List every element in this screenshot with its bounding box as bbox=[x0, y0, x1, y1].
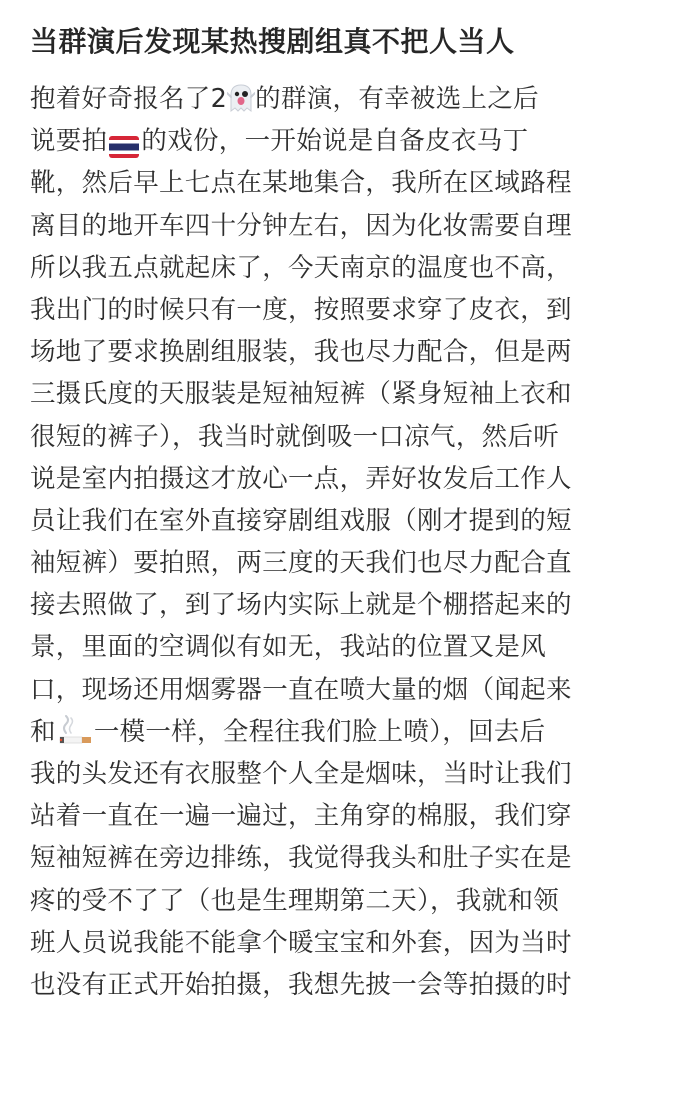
body-line: 疼的受不了了（也是生理期第二天），我就和领 bbox=[30, 880, 670, 922]
post-title: 当群演后发现某热搜剧组真不把人当人 bbox=[30, 0, 670, 64]
cigarette-icon bbox=[58, 715, 92, 747]
body-line: 口，现场还用烟雾器一直在喷大量的烟（闻起来 bbox=[30, 669, 670, 711]
text-segment: 的群演，有幸被选上之后 bbox=[255, 84, 539, 114]
thailand-flag-icon bbox=[109, 129, 139, 151]
body-line: 短袖短裤在旁边排练，我觉得我头和肚子实在是 bbox=[30, 837, 670, 879]
body-line: 也没有正式开始拍摄，我想先披一会等拍摄的时 bbox=[30, 964, 670, 1006]
body-line: 接去照做了，到了场内实际上就是个棚搭起来的 bbox=[30, 584, 670, 626]
body-line: 员让我们在室外直接穿剧组戏服（刚才提到的短 bbox=[30, 500, 670, 542]
body-line: 班人员说我能不能拿个暖宝宝和外套，因为当时 bbox=[30, 922, 670, 964]
text-segment: 一模一样，全程往我们脸上喷），回去后 bbox=[94, 717, 546, 747]
body-line: 我出门的时候只有一度，按照要求穿了皮衣，到 bbox=[30, 289, 670, 331]
ghost-icon bbox=[227, 83, 255, 113]
text-segment: 和 bbox=[30, 717, 56, 747]
body-line: 站着一直在一遍一遍过，主角穿的棉服，我们穿 bbox=[30, 795, 670, 837]
body-line: 三摄氏度的天服装是短袖短裤（紧身短袖上衣和 bbox=[30, 373, 670, 415]
body-line: 我的头发还有衣服整个人全是烟味，当时让我们 bbox=[30, 753, 670, 795]
text-segment: 抱着好奇报名了2 bbox=[30, 84, 227, 114]
body-line: 靴，然后早上七点在某地集合，我所在区域路程 bbox=[30, 162, 670, 204]
body-line: 抱着好奇报名了2的群演，有幸被选上之后 bbox=[30, 78, 670, 120]
text-segment: 说要拍 bbox=[30, 126, 107, 156]
text-segment: 的戏份，一开始说是自备皮衣马丁 bbox=[141, 126, 528, 156]
body-line: 说是室内拍摄这才放心一点，弄好妆发后工作人 bbox=[30, 458, 670, 500]
body-line: 和一模一样，全程往我们脸上喷），回去后 bbox=[30, 711, 670, 753]
body-line: 场地了要求换剧组服装，我也尽力配合，但是两 bbox=[30, 331, 670, 373]
body-line: 说要拍的戏份，一开始说是自备皮衣马丁 bbox=[30, 120, 670, 162]
post-body: 抱着好奇报名了2的群演，有幸被选上之后 说要拍的戏份，一开始说是自备皮衣马丁 靴… bbox=[30, 78, 670, 1006]
body-line: 离目的地开车四十分钟左右，因为化妆需要自理 bbox=[30, 205, 670, 247]
body-line: 很短的裤子），我当时就倒吸一口凉气，然后听 bbox=[30, 416, 670, 458]
body-line: 袖短裤）要拍照，两三度的天我们也尽力配合直 bbox=[30, 542, 670, 584]
post: 当群演后发现某热搜剧组真不把人当人 抱着好奇报名了2的群演，有幸被选上之后 说要… bbox=[30, 0, 670, 1006]
body-line: 所以我五点就起床了，今天南京的温度也不高， bbox=[30, 247, 670, 289]
body-line: 景，里面的空调似有如无，我站的位置又是风 bbox=[30, 626, 670, 668]
